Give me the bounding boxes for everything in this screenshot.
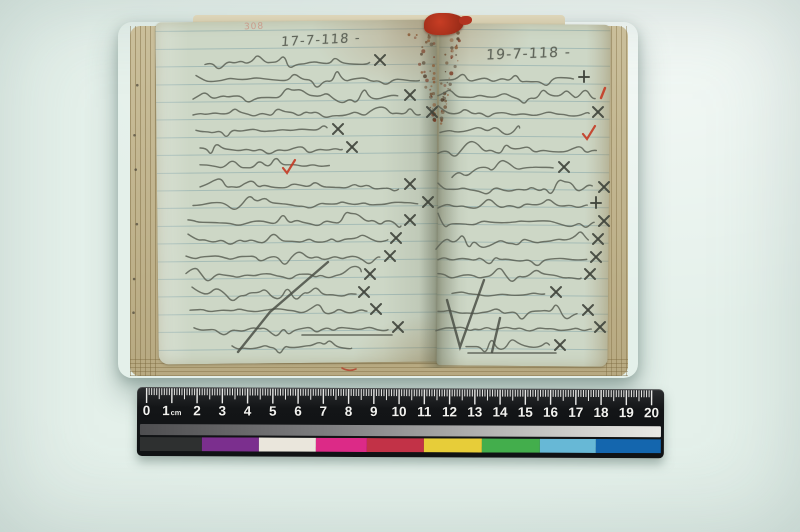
ruler-number: 1cm xyxy=(162,403,181,418)
ruler-number: 2 xyxy=(193,403,201,418)
ruler-number: 6 xyxy=(294,404,302,419)
ruler-color-calibration-patches xyxy=(140,437,661,453)
ruler-number: 18 xyxy=(593,405,608,420)
ruler-number: 19 xyxy=(619,405,634,420)
ruler-number: 14 xyxy=(492,405,507,420)
ruler-number: 3 xyxy=(219,403,227,418)
photo-scene: 308 17-7-118 - 19-7-118 - 01cm2345678910… xyxy=(0,0,800,532)
centimeter-scale-ruler: 01cm234567891011121314151617181920 xyxy=(137,387,664,458)
ruler-number: 10 xyxy=(391,404,406,419)
ruler-number: 17 xyxy=(568,405,583,420)
right-page-date: 19-7-118 - xyxy=(486,44,572,63)
ruler-number: 11 xyxy=(417,404,431,419)
ruler-number: 8 xyxy=(345,404,353,419)
color-calibration-patch xyxy=(540,439,596,453)
color-calibration-patch xyxy=(140,437,202,451)
color-calibration-patch xyxy=(316,438,368,452)
ruler-number: 15 xyxy=(518,405,533,420)
ruler-number: 7 xyxy=(320,404,328,419)
faint-page-number: 308 xyxy=(244,22,265,33)
ruler-number: 0 xyxy=(143,403,151,418)
ruler-number: 16 xyxy=(543,405,558,420)
ruler-grayscale-band xyxy=(140,424,661,437)
ruler-number: 12 xyxy=(442,404,457,419)
manuscript-left-page xyxy=(155,20,440,365)
ruler-number: 4 xyxy=(244,403,252,418)
ruler-number: 9 xyxy=(370,404,378,419)
ruler-number: 20 xyxy=(644,405,659,420)
color-calibration-patch xyxy=(259,438,316,452)
color-calibration-patch xyxy=(424,438,482,452)
ruler-number: 5 xyxy=(269,404,277,419)
color-calibration-patch xyxy=(202,437,259,451)
ruler-number: 13 xyxy=(467,404,482,419)
ruler-unit-label: cm xyxy=(171,408,182,417)
manuscript-right-page xyxy=(437,23,611,366)
color-calibration-patch xyxy=(596,439,661,453)
ruler-number-row: 01cm234567891011121314151617181920 xyxy=(137,403,664,424)
color-calibration-patch xyxy=(482,439,540,453)
color-calibration-patch xyxy=(367,438,424,452)
